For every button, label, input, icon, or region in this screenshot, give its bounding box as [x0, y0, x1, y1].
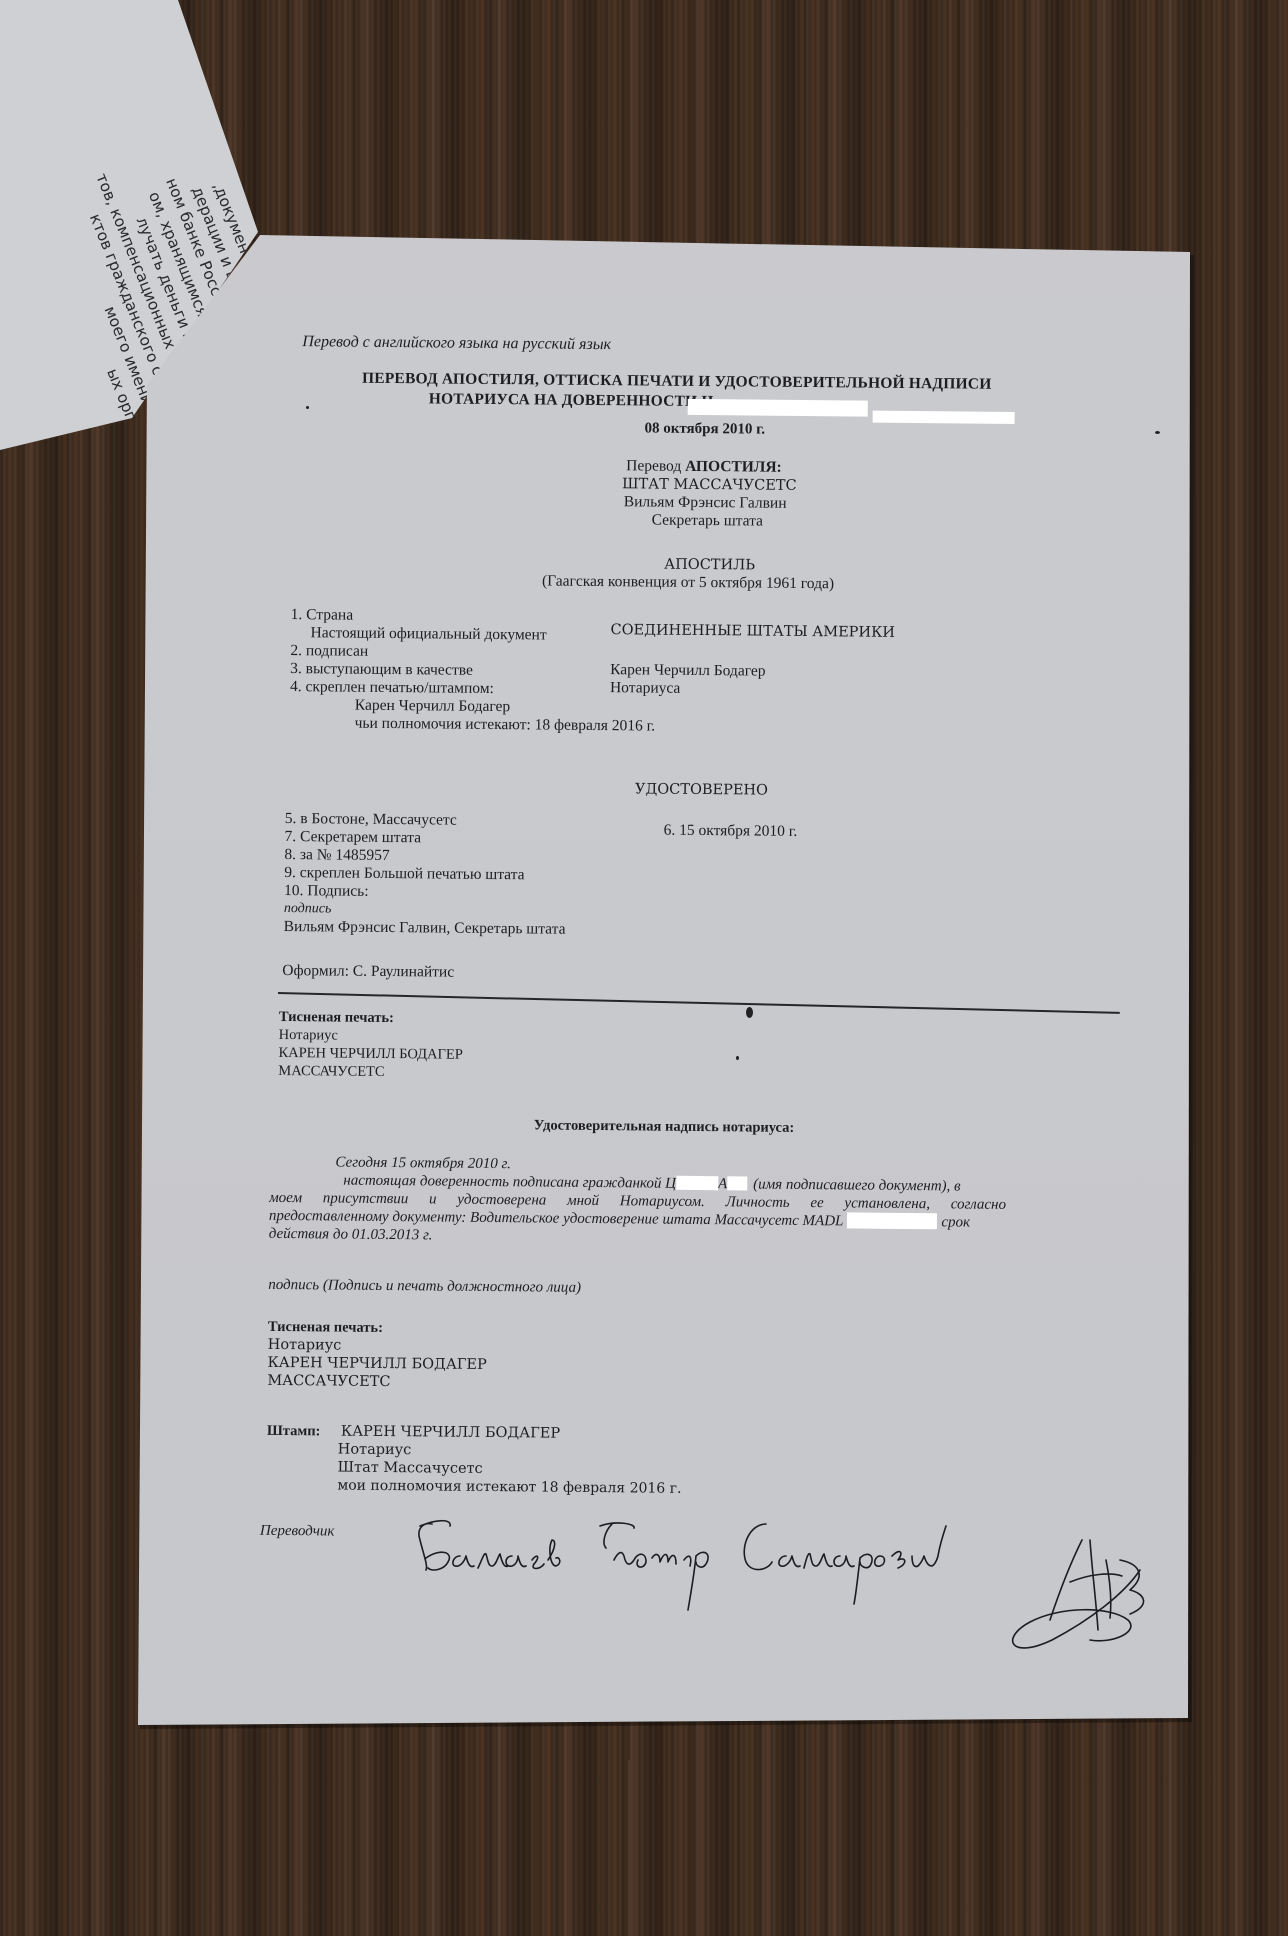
stamp-line: Штат Массачусетс [337, 1459, 482, 1478]
notary-line-4: действия до 01.03.2013 г. [269, 1225, 433, 1245]
translator-label: Переводчик [260, 1522, 335, 1541]
redaction-box [847, 1212, 937, 1229]
embossed-seal-label: Тисненая печать: [279, 1008, 394, 1027]
stamp-line: мои полномочия истекают 18 февраля 2016 … [337, 1477, 681, 1498]
signature-note: подпись (Подпись и печать должностного л… [268, 1276, 581, 1297]
embossed-seal-2-line: МАССАЧУСЕТС [267, 1372, 390, 1391]
stamp-line: Нотариус [338, 1441, 412, 1460]
stamp-line: КАРЕН ЧЕРЧИЛЛ БОДАГЕР [341, 1423, 560, 1443]
notary-line-1b: А [718, 1176, 727, 1192]
redaction-box [676, 1176, 718, 1190]
embossed-seal-2-line: Нотариус [268, 1336, 342, 1355]
embossed-seal-2-line: КАРЕН ЧЕРЧИЛЛ БОДАГЕР [267, 1354, 486, 1374]
notary-line-1c: (имя подписавшего документ), в [753, 1177, 961, 1195]
notary-inscription-title: Удостоверительная надпись нотариуса: [534, 1116, 795, 1136]
document-content-lower: Тисненая печать: Нотариус КАРЕН ЧЕРЧИЛЛ … [0, 0, 1288, 1936]
redaction-box [727, 1176, 747, 1190]
stamp-label: Штамп: [267, 1422, 321, 1441]
embossed-seal-line: МАССАЧУСЕТС [278, 1062, 384, 1081]
embossed-seal-line: Нотариус [279, 1026, 338, 1045]
notary-line-3b: срок [941, 1214, 970, 1230]
embossed-seal-line: КАРЕН ЧЕРЧИЛЛ БОДАГЕР [278, 1044, 463, 1064]
notary-line-1a: настоящая доверенность подписана граждан… [343, 1173, 676, 1192]
notary-date-line: Сегодня 15 октября 2010 г. [335, 1154, 511, 1174]
embossed-seal-2-label: Тисненая печать: [268, 1318, 383, 1337]
